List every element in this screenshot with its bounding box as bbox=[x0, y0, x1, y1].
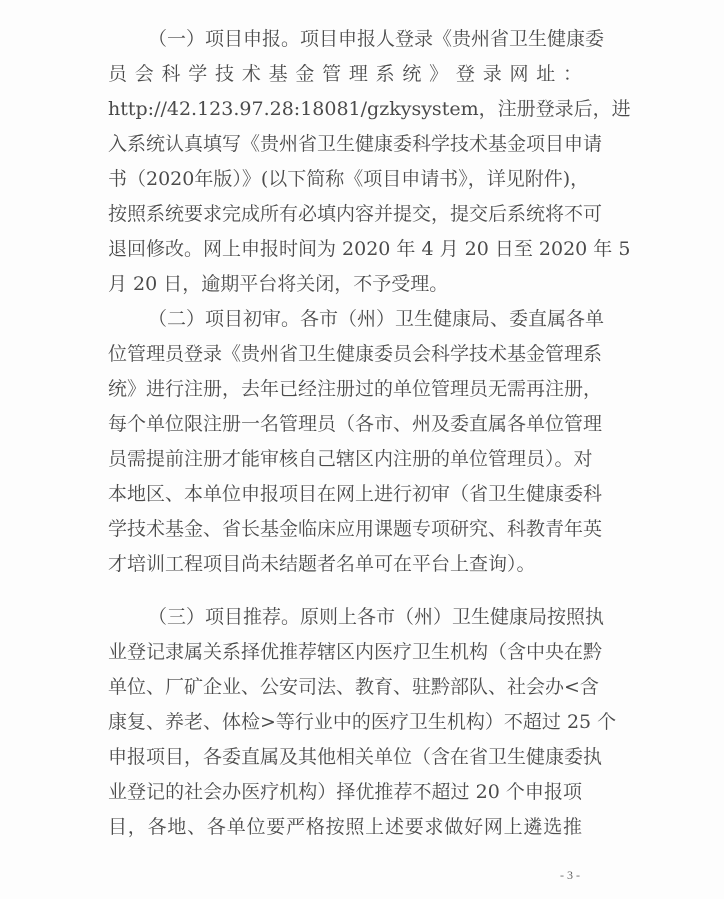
text-line: 入系统认真填写《贵州省卫生健康委科学技术基金项目申请 bbox=[108, 127, 582, 162]
text-line: 目，各地、各单位要严格按照上述要求做好网上遴选推 bbox=[108, 810, 582, 845]
text-line: 康复、养老、体检>等行业中的医疗卫生机构）不超过 25 个 bbox=[108, 705, 582, 740]
text-line: 按照系统要求完成所有必填内容并提交，提交后系统将不可 bbox=[108, 197, 582, 232]
text-line: 书（2020年版）》(以下简称《项目申请书》，详见附件)， bbox=[108, 162, 582, 197]
text-line: 单位、厂矿企业、公安司法、教育、驻黔部队、社会办<含 bbox=[108, 670, 582, 705]
text-line: 业登记隶属关系择优推荐辖区内医疗卫生机构（含中央在黔 bbox=[108, 635, 582, 670]
text-line: （二）项目初审。各市（州）卫生健康局、委直属各单 bbox=[148, 302, 582, 337]
text-line: 申报项目，各委直属及其他相关单位（含在省卫生健康委执 bbox=[108, 740, 582, 775]
text-line: 每个单位限注册一名管理员（各市、州及委直属各单位管理 bbox=[108, 407, 582, 442]
text-line: 本地区、本单位申报项目在网上进行初审（省卫生健康委科 bbox=[108, 477, 582, 512]
text-line: （三）项目推荐。原则上各市（州）卫生健康局按照执 bbox=[148, 600, 582, 635]
text-line: 员需提前注册才能审核自己辖区内注册的单位管理员）。对 bbox=[108, 442, 582, 477]
text-line: 退回修改。网上申报时间为 2020 年 4 月 20 日至 2020 年 5 bbox=[108, 232, 582, 267]
page-number: - 3 - bbox=[560, 868, 580, 883]
text-line: 员会科学技术基金管理系统》登录网址： bbox=[108, 57, 582, 92]
text-line: 才培训工程项目尚未结题者名单可在平台上查询）。 bbox=[108, 547, 582, 582]
text-line: 业登记的社会办医疗机构）择优推荐不超过 20 个申报项 bbox=[108, 775, 582, 810]
text-line: 统》进行注册，去年已经注册过的单位管理员无需再注册， bbox=[108, 372, 582, 407]
text-line: 学技术基金、省长基金临床应用课题专项研究、科教青年英 bbox=[108, 512, 582, 547]
text-line: （一）项目申报。项目申报人登录《贵州省卫生健康委 bbox=[148, 22, 582, 57]
text-line: 月 20 日，逾期平台将关闭，不予受理。 bbox=[108, 267, 582, 302]
text-line: 位管理员登录《贵州省卫生健康委员会科学技术基金管理系 bbox=[108, 337, 582, 372]
text-line-url: http://42.123.97.28:18081/gzkysystem，注册登… bbox=[108, 92, 582, 127]
